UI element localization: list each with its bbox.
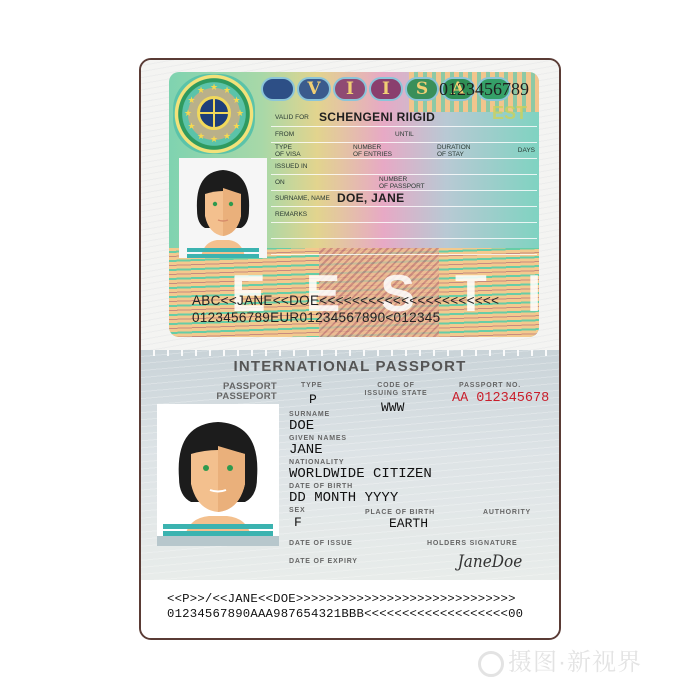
sex-label: SEX [289, 507, 305, 515]
woman-portrait-icon [179, 158, 267, 258]
valid-for-label: VALID FOR [275, 114, 309, 121]
passport-mrz: <<P>>/<<JANE<<DOE>>>>>>>>>>>>>>>>>>>>>>>… [167, 592, 523, 622]
star-icon: ★ [233, 122, 241, 131]
visa-sticker: EESTI ★★★★★★★★★★★★ VIISA 0123456789 VALI… [169, 72, 539, 337]
visa-mrz-line-1: ABC<<JANE<<DOE<<<<<<<<<<<<<<<<<<<<<< [192, 293, 499, 308]
type-label: TYPE [301, 382, 322, 390]
given-names-value: JANE [289, 444, 323, 457]
star-icon: ★ [187, 96, 195, 105]
document-label: PASSPORTPASSEPORT [213, 382, 277, 402]
passport-mrz-line-1: <<P>>/<<JANE<<DOE>>>>>>>>>>>>>>>>>>>>>>>… [167, 592, 516, 606]
issuing-state-value: WWW [381, 401, 404, 414]
passport-holder-photo [157, 404, 279, 546]
star-icon: ★ [233, 96, 241, 105]
globe-icon [197, 96, 231, 130]
issuing-state-label: CODE OFISSUING STATE [351, 382, 441, 398]
surname-name-value: DOE, JANE [337, 192, 404, 205]
star-icon: ★ [210, 135, 218, 144]
star-icon: ★ [184, 109, 192, 118]
passport-no-label: PASSPORT NO. [459, 382, 521, 390]
date-of-expiry-label: DATE OF EXPIRY [289, 558, 358, 566]
entries-label-2: OF ENTRIES [353, 151, 392, 158]
issued-in-label: ISSUED IN [275, 163, 308, 170]
type-of-visa-label-2: OF VISA [275, 151, 301, 158]
camera-aperture-icon [478, 651, 504, 677]
visa-mrz-line-2: 0123456789EUR01234567890<012345 [192, 310, 440, 325]
visa-number: 0123456789 [439, 79, 529, 100]
visa-holder-photo [179, 158, 267, 258]
star-icon: ★ [197, 86, 205, 95]
star-icon: ★ [187, 122, 195, 131]
date-of-issue-label: DATE OF ISSUE [289, 540, 353, 548]
visa-title-letter: I [333, 77, 367, 101]
until-label: UNTIL [395, 131, 414, 138]
authority-label: AUTHORITY [483, 509, 531, 517]
nationality-value: WORLDWIDE CITIZEN [289, 468, 432, 481]
visa-title-letter: S [405, 77, 439, 101]
entries-label-1: NUMBER [353, 144, 381, 151]
country-code: EST [492, 110, 527, 117]
star-icon: ★ [236, 109, 244, 118]
star-icon: ★ [223, 132, 231, 141]
dob-value: DD MONTH YYYY [289, 492, 398, 505]
type-of-visa-label-1: TYPE [275, 144, 292, 151]
passport-no-value: AA 012345678 [452, 392, 549, 405]
eu-emblem-icon: ★★★★★★★★★★★★ [173, 74, 255, 154]
visa-title-letter: I [369, 77, 403, 101]
holder-signature: JaneDoe [458, 552, 523, 572]
duration-label-2: OF STAY [437, 151, 464, 158]
place-of-birth-value: EARTH [389, 517, 428, 530]
passport-number-label-1: NUMBER [379, 176, 407, 183]
holders-signature-label: HOLDERS SIGNATURE [427, 540, 517, 548]
stock-watermark: 摄图·新视界 [478, 642, 642, 677]
surname-value: DOE [289, 420, 314, 433]
passport-title: INTERNATIONAL PASSPORT [141, 358, 559, 375]
valid-for-value: SCHENGENI RIIGID [319, 111, 435, 124]
passport-mrz-line-2: 01234567890AAA987654321BBB<<<<<<<<<<<<<<… [167, 607, 523, 621]
star-icon: ★ [197, 132, 205, 141]
surname-name-label: SURNAME, NAME [275, 195, 330, 202]
visa-fields: VALID FOR SCHENGENI RIIGID EST FROM UNTI… [271, 108, 537, 255]
passport-number-label-2: OF PASSPORT [379, 183, 425, 190]
star-icon: ★ [223, 86, 231, 95]
visa-mrz: ABC<<JANE<<DOE<<<<<<<<<<<<<<<<<<<<<< 012… [192, 292, 499, 326]
remarks-label: REMARKS [275, 211, 307, 218]
passport-booklet: EESTI ★★★★★★★★★★★★ VIISA 0123456789 VALI… [139, 58, 561, 640]
on-label: ON [275, 179, 285, 186]
visa-title-letter: V [297, 77, 331, 101]
duration-label-1: DURATION [437, 144, 470, 151]
from-label: FROM [275, 131, 294, 138]
sex-value: F [294, 516, 302, 529]
visa-title-letter [261, 77, 295, 101]
type-value: P [309, 393, 317, 406]
woman-portrait-icon [157, 404, 279, 536]
star-icon: ★ [210, 83, 218, 92]
days-label: DAYS [518, 147, 535, 154]
